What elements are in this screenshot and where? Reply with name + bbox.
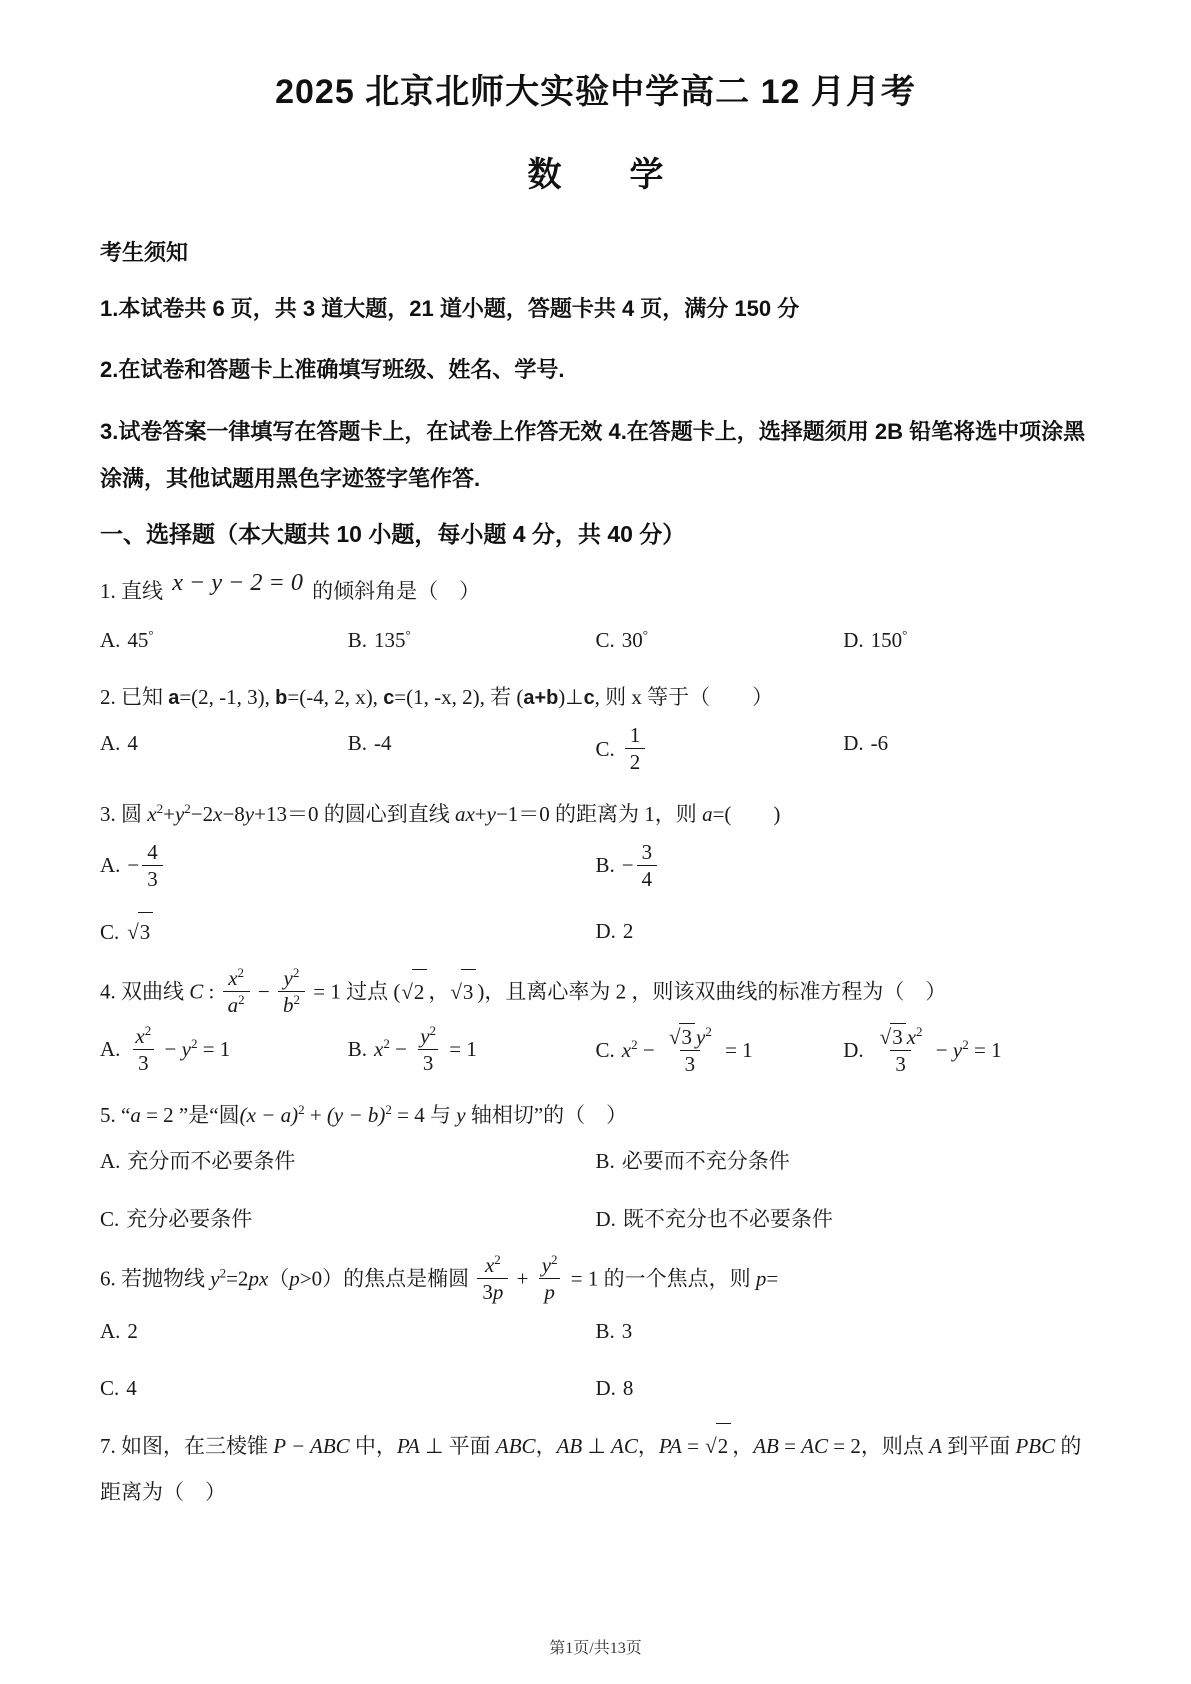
text: =2 xyxy=(226,1267,248,1291)
superscript: 2 xyxy=(293,965,300,980)
option-value: 2 xyxy=(127,1319,138,1343)
option-value: x2 − y23 = 1 xyxy=(374,1037,477,1061)
options-group: A.2B.3C.4D.8 xyxy=(100,1312,1091,1410)
text: − xyxy=(931,1038,953,1062)
text: 3 xyxy=(138,1051,149,1075)
option-value: 2 xyxy=(623,919,634,943)
option-C: C.x2 − √3y23 = 1 xyxy=(596,1025,844,1080)
text: = 1 xyxy=(444,1037,477,1061)
text: = 2，则点 xyxy=(828,1434,929,1458)
option-value: √3 xyxy=(126,920,154,944)
math-var: (y − b) xyxy=(327,1103,385,1127)
text: 3 xyxy=(140,920,151,944)
questions: 1. 直线 x − y − 2 = 0 的倾斜角是（ ）A.45°B.135°C… xyxy=(100,565,1091,1514)
option-A: A.充分而不必要条件 xyxy=(100,1142,596,1182)
option-value: 4 xyxy=(126,1376,137,1400)
math-var: y xyxy=(245,802,254,826)
text: = xyxy=(766,1267,778,1291)
fraction: y2p xyxy=(537,1252,563,1306)
option-label: D. xyxy=(596,919,616,943)
text: − xyxy=(638,1038,660,1062)
question-6: 6. 若抛物线 y2=2px（p>0）的焦点是椭圆 x23p + y2p = 1… xyxy=(100,1254,1091,1409)
math-var: x xyxy=(485,1253,494,1277)
superscript: 2 xyxy=(145,1023,152,1038)
option-D: D.既不充分也不必要条件 xyxy=(596,1200,1092,1240)
vector-bold: c xyxy=(383,687,394,709)
option-C: C.30° xyxy=(596,621,844,661)
text: =(-4, 2, x), xyxy=(287,685,383,709)
math-var: a xyxy=(702,802,713,826)
question-stem: 6. 若抛物线 y2=2px（p>0）的焦点是椭圆 x23p + y2p = 1… xyxy=(100,1254,1091,1308)
text: 3 xyxy=(892,1025,903,1049)
text: 3 xyxy=(622,1319,633,1343)
option-A: A.2 xyxy=(100,1312,596,1352)
math-var: x xyxy=(228,966,237,990)
text: 1 xyxy=(630,723,641,747)
superscript: 2 xyxy=(430,1023,437,1038)
math-var: AB xyxy=(557,1434,583,1458)
option-A: A.x23 − y2 = 1 xyxy=(100,1025,348,1080)
option-value: x23 − y2 = 1 xyxy=(127,1037,230,1061)
option-B: B.x2 − y23 = 1 xyxy=(348,1025,596,1080)
text: ， xyxy=(638,1434,659,1458)
math-var: y xyxy=(182,1037,191,1061)
option-value: -4 xyxy=(374,731,392,755)
text: + xyxy=(305,1103,327,1127)
text: 充分必要条件 xyxy=(126,1207,252,1231)
math-var: y xyxy=(420,1024,429,1048)
option-value: √3x23 − y2 = 1 xyxy=(871,1038,1002,1062)
fraction: x23p xyxy=(477,1252,508,1306)
fraction: y2b2 xyxy=(278,965,305,1019)
option-D: D.-6 xyxy=(843,724,1091,778)
superscript: 2 xyxy=(238,992,245,1007)
math-var: a xyxy=(130,1103,141,1127)
text: >0）的焦点是椭圆 xyxy=(300,1267,475,1291)
math-var: ax xyxy=(455,802,475,826)
text: ⊥ xyxy=(582,1434,611,1458)
notice-heading: 考生须知 xyxy=(100,236,1091,267)
text: 8 xyxy=(623,1376,634,1400)
text: 3 xyxy=(681,1025,692,1049)
text: )，且离心率为 2 ，则该双曲线的标准方程为（ ） xyxy=(477,980,946,1004)
text: =( ) xyxy=(713,802,781,826)
text: 7. 如图，在三棱锥 xyxy=(100,1434,273,1458)
math-var: x xyxy=(147,802,156,826)
text: 必要而不充分条件 xyxy=(622,1149,790,1173)
vector-bold: b xyxy=(275,687,287,709)
option-B: B.3 xyxy=(596,1312,1092,1352)
math-var: y xyxy=(953,1038,962,1062)
math-var: p xyxy=(493,1280,504,1304)
option-label: B. xyxy=(348,731,367,755)
math-var: p xyxy=(289,1267,300,1291)
text: 3 xyxy=(642,840,653,864)
option-C: C.√3 xyxy=(100,912,596,953)
superscript: ° xyxy=(902,627,907,642)
question-stem: 5. “a = 2 ”是“圆(x − a)2 + (y − b)2 = 4 与 … xyxy=(100,1093,1091,1138)
text: ， xyxy=(428,980,449,1004)
text: = xyxy=(682,1434,704,1458)
option-B: B.-4 xyxy=(348,724,596,778)
text: 充分而不必要条件 xyxy=(127,1149,295,1173)
question-stem: 3. 圆 x2+y2−2x−8y+13＝0 的圆心到直线 ax+y−1＝0 的距… xyxy=(100,792,1091,837)
option-label: B. xyxy=(596,1319,615,1343)
text: 既不充分也不必要条件 xyxy=(623,1207,833,1231)
math-var: p xyxy=(756,1267,767,1291)
math-var: px xyxy=(248,1267,268,1291)
math-var: x xyxy=(374,1037,383,1061)
vector-bold: a+b xyxy=(523,687,558,709)
superscript: ° xyxy=(406,627,411,642)
text: 135 xyxy=(374,628,406,652)
text: = 4 与 xyxy=(392,1103,456,1127)
option-value: 12 xyxy=(622,737,649,761)
math-var: y xyxy=(456,1103,465,1127)
math-var: b xyxy=(283,993,294,1017)
radical: √3 xyxy=(450,969,476,1015)
text: ， xyxy=(536,1434,557,1458)
option-D: D.2 xyxy=(596,912,1092,953)
notice-item-1: 1.本试卷共 6 页，共 3 道大题，21 道小题，答题卡共 4 页，满分 15… xyxy=(100,285,1091,332)
text: 4. 双曲线 xyxy=(100,980,189,1004)
question-5: 5. “a = 2 ”是“圆(x − a)2 + (y − b)2 = 4 与 … xyxy=(100,1093,1091,1240)
math-var: AB xyxy=(753,1434,779,1458)
question-stem: 1. 直线 x − y − 2 = 0 的倾斜角是（ ） xyxy=(100,565,1091,617)
notice-section: 考生须知 1.本试卷共 6 页，共 3 道大题，21 道小题，答题卡共 4 页，… xyxy=(100,236,1091,502)
question-3: 3. 圆 x2+y2−2x−8y+13＝0 的圆心到直线 ax+y−1＝0 的距… xyxy=(100,792,1091,954)
text: , 则 x 等于（ ） xyxy=(595,685,774,709)
subject-title: 数 学 xyxy=(100,147,1091,196)
question-stem: 4. 双曲线 C : x2a2 − y2b2 = 1 过点 (√2，√3)，且离… xyxy=(100,967,1091,1021)
text: 3 xyxy=(685,1052,696,1076)
text: =(2, -1, 3), xyxy=(179,685,275,709)
option-C: C.12 xyxy=(596,724,844,778)
text: 到平面 xyxy=(942,1434,1016,1458)
text: − xyxy=(390,1037,412,1061)
option-B: B.−34 xyxy=(596,841,1092,895)
text: 30 xyxy=(622,628,643,652)
radical: √2 xyxy=(401,969,427,1015)
question-2: 2. 已知 a=(2, -1, 3), b=(-4, 2, x), c=(1, … xyxy=(100,675,1091,778)
math-var: y xyxy=(696,1025,705,1049)
question-7: 7. 如图，在三棱锥 P − ABC 中，PA ⊥ 平面 ABC，AB ⊥ AC… xyxy=(100,1423,1091,1514)
option-label: A. xyxy=(100,628,120,652)
option-A: A.45° xyxy=(100,621,348,661)
option-label: B. xyxy=(596,853,615,877)
text: = 1 过点 ( xyxy=(308,980,400,1004)
text: 5. “ xyxy=(100,1103,130,1127)
option-value: 3 xyxy=(622,1319,633,1343)
text: 4 xyxy=(126,1376,137,1400)
text: 2 xyxy=(623,919,634,943)
option-label: C. xyxy=(596,628,615,652)
option-label: A. xyxy=(100,731,120,755)
option-D: D.√3x23 − y2 = 1 xyxy=(843,1025,1091,1080)
math-var: y xyxy=(542,1253,551,1277)
notice-item-2: 2.在试卷和答题卡上准确填写班级、姓名、学号. xyxy=(100,346,1091,393)
fraction: 12 xyxy=(625,722,646,776)
math-var: ABC xyxy=(496,1434,536,1458)
text: 2. 已知 xyxy=(100,685,168,709)
option-C: C.充分必要条件 xyxy=(100,1200,596,1240)
text: 6. 若抛物线 xyxy=(100,1267,210,1291)
option-value: −34 xyxy=(622,853,660,877)
question-1: 1. 直线 x − y − 2 = 0 的倾斜角是（ ）A.45°B.135°C… xyxy=(100,565,1091,661)
options-group: A.−43B.−34C.√3D.2 xyxy=(100,841,1091,953)
text: 3 xyxy=(423,1051,434,1075)
option-D: D.8 xyxy=(596,1369,1092,1409)
option-label: B. xyxy=(348,628,367,652)
vector-bold: a xyxy=(168,687,179,709)
option-value: 充分而不必要条件 xyxy=(127,1149,295,1173)
question-stem: 2. 已知 a=(2, -1, 3), b=(-4, 2, x), c=(1, … xyxy=(100,675,1091,720)
fraction: x2a2 xyxy=(223,965,250,1019)
text: 的倾斜角是（ ） xyxy=(307,579,480,603)
option-B: B.必要而不充分条件 xyxy=(596,1142,1092,1182)
fraction: 43 xyxy=(142,839,163,893)
math-var: x xyxy=(622,1038,631,1062)
math-var: AC xyxy=(611,1434,638,1458)
page: { "page": { "title": "2025 北京北师大实验中学高二 1… xyxy=(0,0,1191,1684)
options-group: A.充分而不必要条件B.必要而不充分条件C.充分必要条件D.既不充分也不必要条件 xyxy=(100,1142,1091,1240)
superscript: ° xyxy=(148,627,153,642)
text: + xyxy=(511,1267,533,1291)
text: 中， xyxy=(350,1434,397,1458)
math-var: A xyxy=(929,1434,942,1458)
page-title: 2025 北京北师大实验中学高二 12 月月考 xyxy=(100,64,1091,113)
text: 3 xyxy=(147,867,158,891)
radical: √3 xyxy=(669,1023,695,1050)
fraction: √3y23 xyxy=(663,1023,717,1078)
math-var: AC xyxy=(801,1434,828,1458)
option-value: x2 − √3y23 = 1 xyxy=(622,1038,753,1062)
text: + xyxy=(163,802,175,826)
text: ， xyxy=(732,1434,753,1458)
text: 4 xyxy=(127,731,138,755)
option-value: 8 xyxy=(623,1376,634,1400)
option-label: D. xyxy=(843,731,863,755)
text: 2 xyxy=(127,1319,138,1343)
math-var: p xyxy=(544,1280,555,1304)
superscript: 2 xyxy=(916,1024,923,1039)
radical: √3 xyxy=(127,912,153,953)
radical: √3 xyxy=(880,1023,906,1050)
text: =(1, -x, 2), 若 ( xyxy=(394,685,523,709)
option-label: A. xyxy=(100,853,120,877)
option-label: D. xyxy=(596,1207,616,1231)
options-group: A.x23 − y2 = 1B.x2 − y23 = 1C.x2 − √3y23… xyxy=(100,1025,1091,1080)
question-stem: 7. 如图，在三棱锥 P − ABC 中，PA ⊥ 平面 ABC，AB ⊥ AC… xyxy=(100,1423,1091,1514)
text: : xyxy=(203,980,219,1004)
option-value: 既不充分也不必要条件 xyxy=(623,1207,833,1231)
option-label: C. xyxy=(596,737,615,761)
option-value: −43 xyxy=(127,853,165,877)
math-var: x xyxy=(135,1024,144,1048)
text: = 1 xyxy=(720,1038,753,1062)
text: -4 xyxy=(374,731,392,755)
math-var: PA xyxy=(659,1434,682,1458)
exam-paper: 2025 北京北师大实验中学高二 12 月月考 数 学 考生须知 1.本试卷共 … xyxy=(0,0,1191,1529)
option-label: D. xyxy=(843,1038,863,1062)
math-expression: x − y − 2 = 0 xyxy=(172,569,303,596)
superscript: 2 xyxy=(494,1252,501,1267)
math-var: PA xyxy=(397,1434,420,1458)
option-label: C. xyxy=(100,1207,119,1231)
text: −8 xyxy=(222,802,244,826)
option-value: 30° xyxy=(622,628,648,652)
text: 2 xyxy=(718,1434,729,1458)
text: −1＝0 的距离为 1，则 xyxy=(496,802,702,826)
text: − xyxy=(253,980,275,1004)
section-heading: 一、选择题（本大题共 10 小题，每小题 4 分，共 40 分） xyxy=(100,516,1091,549)
option-value: -6 xyxy=(871,731,889,755)
text: 3 xyxy=(482,1280,493,1304)
fraction: y23 xyxy=(415,1023,441,1077)
option-value: 45° xyxy=(127,628,153,652)
superscript: 2 xyxy=(705,1024,712,1039)
text: 3 xyxy=(895,1052,906,1076)
page-number: 第1页/共13页 xyxy=(0,1635,1191,1684)
option-label: C. xyxy=(596,1038,615,1062)
option-label: A. xyxy=(100,1037,120,1061)
option-label: C. xyxy=(100,920,119,944)
text: -6 xyxy=(871,731,889,755)
text: = 1 的一个焦点，则 xyxy=(566,1267,756,1291)
fraction: 34 xyxy=(637,839,658,893)
option-A: A.4 xyxy=(100,724,348,778)
math-var: x xyxy=(907,1025,916,1049)
option-D: D.150° xyxy=(843,621,1091,661)
option-label: D. xyxy=(596,1376,616,1400)
option-label: B. xyxy=(596,1149,615,1173)
option-value: 150° xyxy=(871,628,908,652)
fraction: x23 xyxy=(130,1023,156,1077)
superscript: 2 xyxy=(238,965,245,980)
text: ⊥ 平面 xyxy=(420,1434,496,1458)
option-label: D. xyxy=(843,628,863,652)
text: 2 xyxy=(414,980,425,1004)
option-A: A.−43 xyxy=(100,841,596,895)
superscript: 2 xyxy=(551,1252,558,1267)
question-4: 4. 双曲线 C : x2a2 − y2b2 = 1 过点 (√2，√3)，且离… xyxy=(100,967,1091,1079)
math-var: (x − a) xyxy=(240,1103,298,1127)
text: = xyxy=(779,1434,801,1458)
text: 3 xyxy=(463,980,474,1004)
text: − xyxy=(622,853,634,877)
option-value: 必要而不充分条件 xyxy=(622,1149,790,1173)
text: 1. 直线 xyxy=(100,579,168,603)
option-B: B.135° xyxy=(348,621,596,661)
text: 3. 圆 xyxy=(100,802,147,826)
vector-bold: c xyxy=(584,687,595,709)
text: 150 xyxy=(871,628,903,652)
text: = 1 xyxy=(197,1037,230,1061)
superscript: 2 xyxy=(293,992,300,1007)
option-label: B. xyxy=(348,1037,367,1061)
math-var: y xyxy=(487,802,496,826)
superscript: ° xyxy=(643,627,648,642)
text: = 1 xyxy=(969,1038,1002,1062)
text: − xyxy=(127,853,139,877)
text: 45 xyxy=(127,628,148,652)
math-var: y xyxy=(284,966,293,990)
options-group: A.4B.-4C.12D.-6 xyxy=(100,724,1091,778)
math-var: P − ABC xyxy=(273,1434,349,1458)
math-var: y xyxy=(210,1267,219,1291)
text: − xyxy=(159,1037,181,1061)
option-value: 4 xyxy=(127,731,138,755)
notice-item-3: 3.试卷答案一律填写在答题卡上，在试卷上作答无效 4.在答题卡上，选择题须用 2… xyxy=(100,408,1091,503)
option-C: C.4 xyxy=(100,1369,596,1409)
math-var: PBC xyxy=(1015,1434,1055,1458)
text: 4 xyxy=(642,867,653,891)
text: )⊥ xyxy=(558,685,583,709)
text: + xyxy=(475,802,487,826)
fraction: √3x23 xyxy=(874,1023,928,1078)
radical: √2 xyxy=(705,1423,731,1469)
option-value: 充分必要条件 xyxy=(126,1207,252,1231)
text: 2 xyxy=(630,750,641,774)
option-label: A. xyxy=(100,1149,120,1173)
text: −2 xyxy=(191,802,213,826)
text: （ xyxy=(268,1267,289,1291)
math-var: a xyxy=(228,993,239,1017)
option-value: 135° xyxy=(374,628,411,652)
text: 轴相切”的（ ） xyxy=(466,1103,628,1127)
option-label: A. xyxy=(100,1319,120,1343)
math-var: y xyxy=(175,802,184,826)
text: 4 xyxy=(147,840,158,864)
text: +13＝0 的圆心到直线 xyxy=(254,802,455,826)
options-group: A.45°B.135°C.30°D.150° xyxy=(100,621,1091,661)
option-label: C. xyxy=(100,1376,119,1400)
math-var: C xyxy=(189,980,203,1004)
text: = 2 ”是“圆 xyxy=(141,1103,240,1127)
